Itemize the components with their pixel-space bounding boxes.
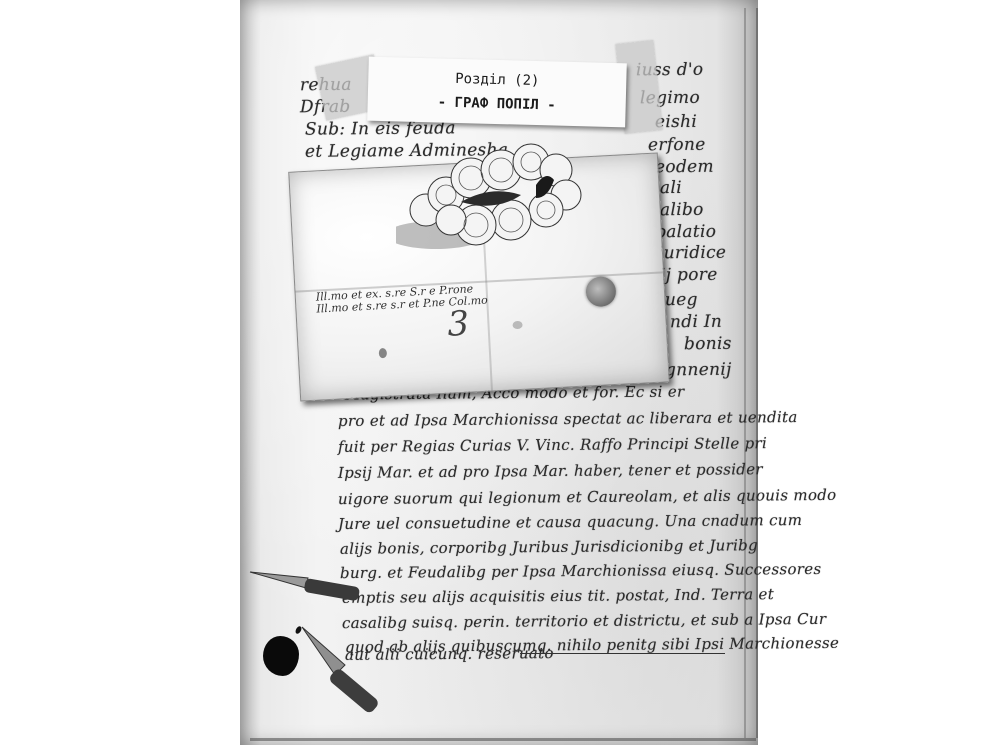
margin-line: eodem — [655, 157, 714, 178]
faint-manuscript-line — [320, 40, 325, 55]
chapter-label: Розділ (2) - ГРАФ ПОПІЛ - — [367, 57, 627, 128]
manuscript-line: alijs bonis, corporibg Juribus Jurisdici… — [340, 536, 758, 558]
chapter-number: Розділ (2) — [455, 67, 540, 93]
manuscript-line: fuit per Regias Curias V. Vinc. Raffo Pr… — [338, 434, 767, 456]
manuscript-line: Ipsij Mar. et ad pro Ipsa Mar. haber, te… — [338, 460, 763, 482]
margin-line: iuridice — [658, 243, 726, 264]
fountain-pen-nib-icon — [300, 625, 400, 715]
wax-seal-icon — [585, 276, 617, 308]
margin-line: ali — [660, 178, 682, 198]
closing-rule — [520, 653, 725, 654]
lace-mask-icon — [396, 140, 586, 260]
envelope-numeral: 3 — [446, 304, 470, 345]
ink-stain — [512, 321, 522, 330]
margin-line: alibo — [660, 200, 704, 220]
margin-line: palatio — [655, 222, 716, 243]
margin-line: ueg — [665, 290, 698, 310]
ink-blot-icon — [263, 636, 299, 676]
manuscript-line: uigore suorum qui legionum et Caureolam,… — [338, 486, 837, 508]
margin-line: ndi In — [670, 312, 722, 332]
ink-stain — [379, 348, 388, 358]
margin-line: ij pore — [660, 265, 718, 286]
page-bottom-edge — [250, 738, 756, 741]
fountain-pen-nib-icon — [248, 566, 368, 606]
margin-line: gnnenij — [665, 360, 732, 381]
manuscript-line: emptis seu alijs acquisitis eius tit. po… — [342, 585, 774, 607]
chapter-title: - ГРАФ ПОПІЛ - — [437, 90, 556, 117]
margin-line: bonis — [684, 334, 732, 354]
